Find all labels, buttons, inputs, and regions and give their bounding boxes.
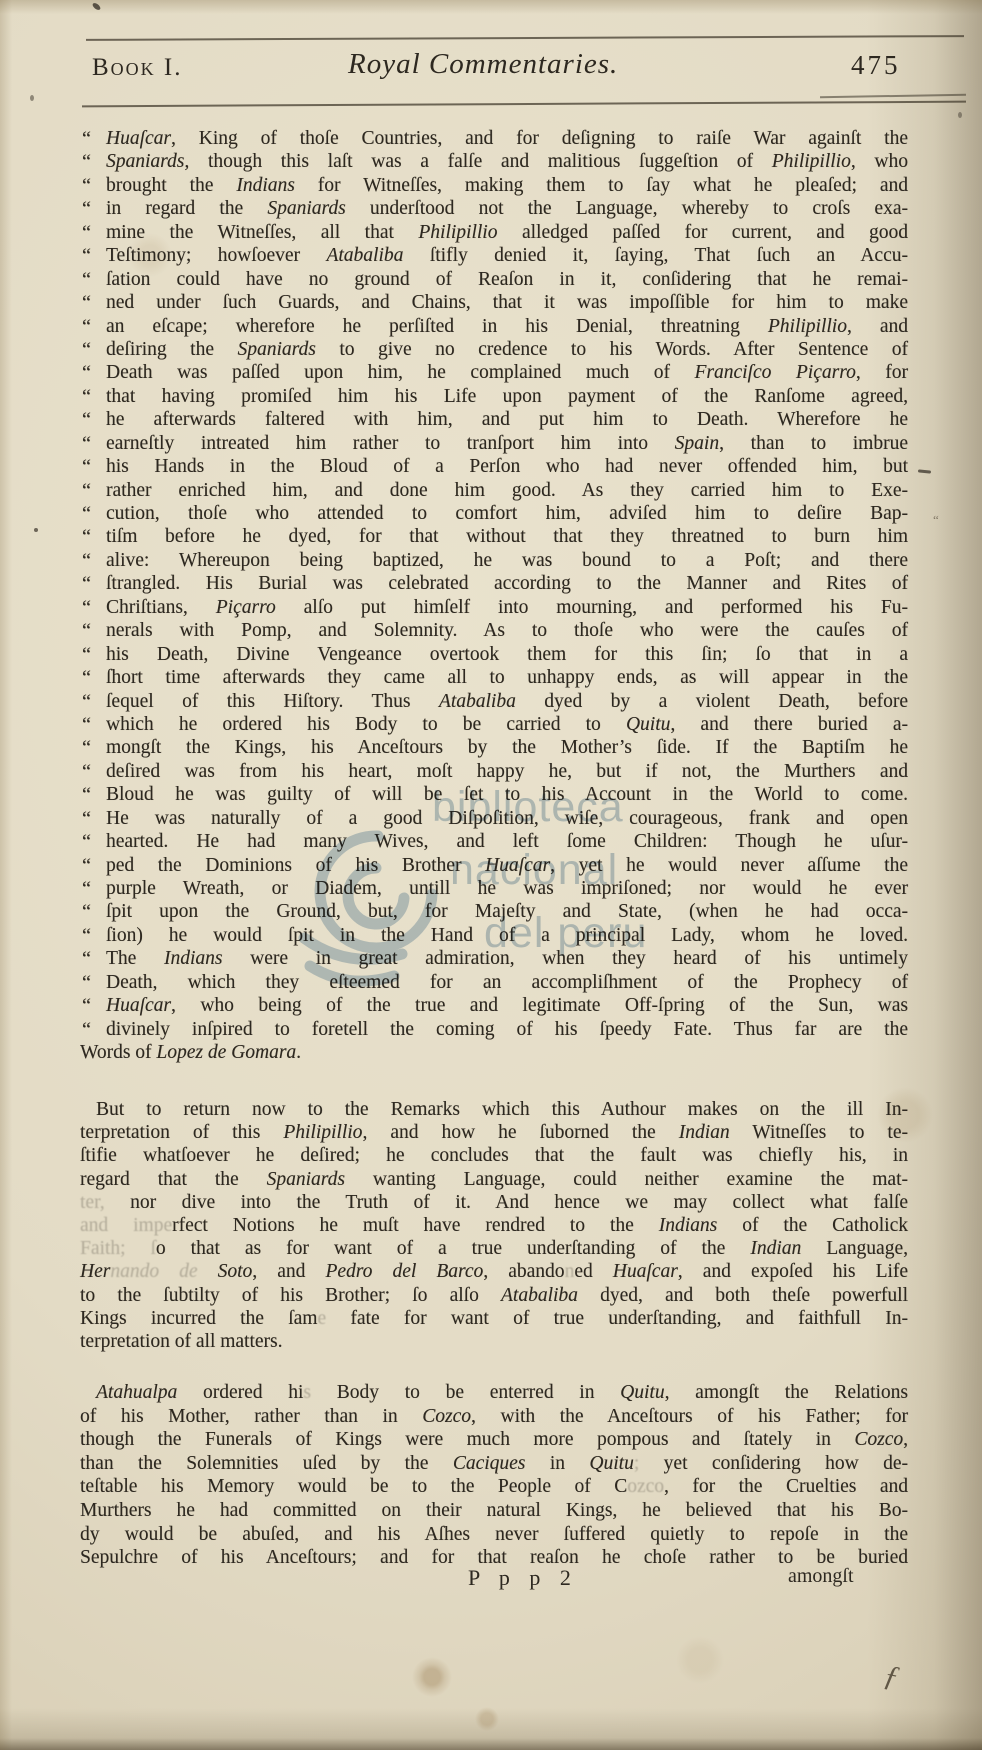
page-title: Royal Commentaries. bbox=[348, 48, 618, 81]
text-line: “ſation could have no ground of Reaſon i… bbox=[80, 268, 908, 291]
quote-mark: “ bbox=[82, 222, 91, 245]
text-line: “Teſtimony; howſoever Atabaliba ſtifly d… bbox=[80, 244, 908, 267]
text-line: Words of Lopez de Gomara. bbox=[80, 1041, 908, 1064]
text-line: “in regard the Spaniards underſtood not … bbox=[80, 197, 908, 220]
quote-mark: “ bbox=[82, 878, 91, 901]
text-line: Atahualpa ordered his Body to be enterre… bbox=[80, 1381, 908, 1405]
running-header: Book I. Royal Commentaries. 475 bbox=[0, 48, 982, 100]
text-line: “Huaſcar, who being of the true and legi… bbox=[80, 994, 908, 1017]
quoted-passage: “Huaſcar, King of thoſe Countries, and f… bbox=[80, 127, 908, 1065]
text-line: But to return now to the Remarks which t… bbox=[80, 1098, 908, 1121]
quote-mark: “ bbox=[82, 503, 91, 526]
text-line: “He was naturally of a good Diſpoſition,… bbox=[80, 807, 908, 830]
quote-mark: “ bbox=[82, 761, 91, 784]
quote-mark: “ bbox=[82, 667, 91, 690]
quote-mark: “ bbox=[82, 901, 91, 924]
quote-mark: “ bbox=[82, 245, 91, 268]
quote-mark: “ bbox=[82, 691, 91, 714]
header-rule-top bbox=[86, 35, 964, 41]
quote-mark: “ bbox=[82, 784, 91, 807]
text-line: dy would be abuſed, and his Aſhes never … bbox=[80, 1523, 908, 1547]
quote-mark: “ bbox=[82, 550, 91, 573]
text-line: terpretation of all matters. bbox=[80, 1330, 908, 1353]
text-line: “ſtrangled. His Burial was celebrated ac… bbox=[80, 572, 908, 595]
text-line: “ſequel of this Hiſtory. Thus Atabaliba … bbox=[80, 690, 908, 713]
page-number: 475 bbox=[851, 50, 901, 81]
text-line: “mongſt the Kings, his Anceſtours by the… bbox=[80, 736, 908, 759]
text-line: of his Mother, rather than in Cozco, wit… bbox=[80, 1405, 908, 1429]
quote-mark: “ bbox=[82, 808, 91, 831]
quote-mark: “ bbox=[82, 456, 91, 479]
text-line: Murthers he had committed on their natur… bbox=[80, 1499, 908, 1523]
text-line: to the ſubtilty of his Brother; ſo alſo … bbox=[80, 1284, 908, 1307]
text-line: “deſired was from his heart, moſt happy … bbox=[80, 760, 908, 783]
page-footer: P p p 2 amongſt bbox=[80, 1565, 908, 1599]
paragraph-atahualpa-burial: Atahualpa ordered his Body to be enterre… bbox=[80, 1381, 908, 1570]
quote-mark: “ bbox=[82, 737, 91, 760]
quote-mark: “ bbox=[82, 972, 91, 995]
quote-mark: “ bbox=[82, 292, 91, 315]
quote-mark: “ bbox=[82, 480, 91, 503]
text-line: “nerals with Pomp, and Solemnity. As to … bbox=[80, 619, 908, 642]
margin-dot bbox=[34, 528, 38, 532]
text-line: terpretation of this Philipillio, and ho… bbox=[80, 1121, 908, 1144]
quote-mark: “ bbox=[82, 1019, 91, 1042]
text-line: “purple Wreath, or Diadem, untill he was… bbox=[80, 877, 908, 900]
quote-mark: “ bbox=[82, 128, 91, 151]
text-line: “earneſtly intreated him rather to tranſ… bbox=[80, 432, 908, 455]
text-line: “tiſm before he dyed, for that without t… bbox=[80, 525, 908, 548]
text-line: though the Funerals of Kings were much m… bbox=[80, 1428, 908, 1452]
signature-mark: P p p 2 bbox=[468, 1565, 578, 1591]
quote-mark: “ bbox=[82, 644, 91, 667]
text-line: “Death was paſſed upon him, he complaine… bbox=[80, 361, 908, 384]
text-line: “alive: Whereupon being baptized, he was… bbox=[80, 549, 908, 572]
quote-mark: “ bbox=[82, 339, 91, 362]
quote-mark: “ bbox=[82, 526, 91, 549]
text-line: “ſion) he would ſpit in the Hand of a pr… bbox=[80, 924, 908, 947]
text-line: “mine the Witneſſes, all that Philipilli… bbox=[80, 221, 908, 244]
quote-mark: “ bbox=[82, 995, 91, 1018]
quote-mark: “ bbox=[82, 714, 91, 737]
text-line: and imperfect Notions he muſt have rendr… bbox=[80, 1214, 908, 1237]
quote-mark: “ bbox=[82, 151, 91, 174]
text-line: “ped the Dominions of his Brother Huaſca… bbox=[80, 854, 908, 877]
text-line: “Huaſcar, King of thoſe Countries, and f… bbox=[80, 127, 908, 150]
quote-mark: “ bbox=[82, 316, 91, 339]
text-line: “that having promiſed him his Life upon … bbox=[80, 385, 908, 408]
paragraph-remarks: But to return now to the Remarks which t… bbox=[80, 1098, 908, 1353]
text-line: “The Indians were in great admiration, w… bbox=[80, 947, 908, 970]
ink-speck bbox=[91, 2, 101, 11]
text-line: “he afterwards faltered with him, and pu… bbox=[80, 408, 908, 431]
quote-mark: “ bbox=[82, 409, 91, 432]
margin-dash bbox=[918, 469, 931, 473]
text-line: Kings incurred the ſame fate for want of… bbox=[80, 1307, 908, 1330]
quote-mark: “ bbox=[82, 198, 91, 221]
quote-mark: “ bbox=[82, 433, 91, 456]
text-line: “cution, thoſe who attended to comfort h… bbox=[80, 502, 908, 525]
text-line: “his Hands in the Bloud of a Perſon who … bbox=[80, 455, 908, 478]
margin-mark: “ bbox=[933, 512, 939, 528]
quote-mark: “ bbox=[82, 925, 91, 948]
text-line: “his Death, Divine Vengeance overtook th… bbox=[80, 643, 908, 666]
text-line: “brought the Indians for Witneſſes, maki… bbox=[80, 174, 908, 197]
book-page: Book I. Royal Commentaries. 475 “Huaſcar… bbox=[0, 0, 982, 1750]
text-line: “which he ordered his Body to be carried… bbox=[80, 713, 908, 736]
quote-mark: “ bbox=[82, 573, 91, 596]
text-line: Faith; ſo that as for want of a true und… bbox=[80, 1237, 908, 1260]
ink-speck bbox=[958, 112, 962, 118]
book-label: Book I. bbox=[92, 54, 183, 82]
text-line: Hernando de Soto, and Pedro del Barco, a… bbox=[80, 1260, 908, 1283]
text-line: “an eſcape; wherefore he perſiſted in hi… bbox=[80, 315, 908, 338]
quote-mark: “ bbox=[82, 597, 91, 620]
quote-mark: “ bbox=[82, 175, 91, 198]
text-line: regard that the Spaniards wanting Langua… bbox=[80, 1168, 908, 1191]
text-line: “Bloud he was guilty of will be ſet to h… bbox=[80, 783, 908, 806]
text-line: ter, nor dive into the Truth of it. And … bbox=[80, 1191, 908, 1214]
quote-mark: “ bbox=[82, 620, 91, 643]
pen-mark: ƒ bbox=[881, 1659, 903, 1695]
quote-mark: “ bbox=[82, 386, 91, 409]
text-line: “rather enriched him, and done him good.… bbox=[80, 479, 908, 502]
text-line: “ned under ſuch Guards, and Chains, that… bbox=[80, 291, 908, 314]
text-line: “hearted. He had many Wives, and left ſo… bbox=[80, 830, 908, 853]
text-line: “ſhort time afterwards they came all to … bbox=[80, 666, 908, 689]
header-rule-bottom bbox=[82, 101, 966, 108]
quote-mark: “ bbox=[82, 269, 91, 292]
quote-mark: “ bbox=[82, 855, 91, 878]
text-line: “Spaniards, though this laſt was a falſe… bbox=[80, 150, 908, 173]
quote-mark: “ bbox=[82, 948, 91, 971]
text-line: ſtifie whatſoever he deſired; he conclud… bbox=[80, 1144, 908, 1167]
text-line: “deſiring the Spaniards to give no crede… bbox=[80, 338, 908, 361]
text-line: “Chriſtians, Piçarro alſo put himſelf in… bbox=[80, 596, 908, 619]
quote-mark: “ bbox=[82, 831, 91, 854]
text-line: teſtable his Memory would be to the Peop… bbox=[80, 1475, 908, 1499]
text-line: “Death, which they eſteemed for an accom… bbox=[80, 971, 908, 994]
catchword: amongſt bbox=[788, 1565, 854, 1588]
ink-speck bbox=[30, 95, 34, 101]
text-line: than the Solemnities uſed by the Cacique… bbox=[80, 1452, 908, 1476]
quote-mark: “ bbox=[82, 362, 91, 385]
text-line: “divinely inſpired to foretell the comin… bbox=[80, 1018, 908, 1041]
text-line: “ſpit upon the Ground, but, for Majeſty … bbox=[80, 900, 908, 923]
